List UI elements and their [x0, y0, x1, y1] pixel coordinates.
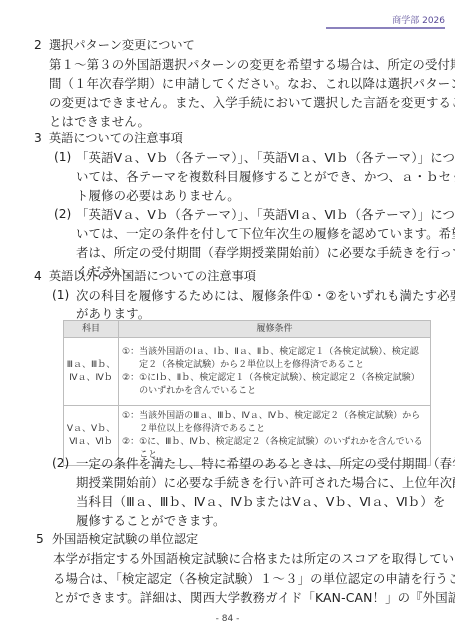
table-row: Ⅲａ、Ⅲｂ、 Ⅳａ、Ⅳｂ ①： 当該外国語のⅠａ、Ⅰｂ、Ⅱａ、Ⅱｂ、検定認定１（…: [64, 338, 431, 406]
section-3-number: 3: [34, 129, 42, 148]
section-4-item-2-line: 履修することができます。: [76, 511, 226, 530]
section-5-line: 本学が指定する外国語検定試験に合格または所定のスコアを取得してい: [53, 549, 454, 568]
prerequisite-table: 科目 履修条件 Ⅲａ、Ⅲｂ、 Ⅳａ、Ⅳｂ ①： 当該外国語のⅠａ、Ⅰｂ、Ⅱａ、Ⅱ…: [63, 320, 431, 466]
section-5-line: る場合は、「検定認定（各検定試験）１～３」の単位認定の申請を行うこ: [53, 569, 455, 588]
column-header-subject: 科目: [64, 321, 119, 338]
section-4-number: 4: [34, 267, 42, 286]
condition-text: ①にⅠｂ、Ⅱｂ、検定認定１（各検定試験）、検定認定２（各検定試験）のいずれかを含…: [139, 372, 427, 398]
section-4-title: 英語以外の外国語についての注意事項: [49, 267, 256, 286]
condition-mark: ②：: [122, 372, 139, 398]
section-4-item-2-line: 期授業開始前）に必要な手続きを行い許可された場合に、上位年次配: [76, 473, 455, 492]
condition-text: 当該外国語のⅢａ、Ⅲｂ、Ⅳａ、Ⅳｂ、検定認定２（各検定試験）から２単位以上を修得…: [139, 410, 427, 436]
subject-line: Ⅲａ、Ⅲｂ、: [66, 359, 116, 372]
condition-mark: ①：: [122, 410, 139, 436]
section-3-item-2-line: 者は、所定の受付期間（春学期授業開始前）に必要な手続きを行って: [76, 243, 455, 262]
condition-item: ②： ①にⅠｂ、Ⅱｂ、検定認定１（各検定試験）、検定認定２（各検定試験）のいずれ…: [122, 372, 427, 398]
condition-mark: ①：: [122, 346, 139, 372]
subject-line: Ⅴａ、Ⅴｂ、: [66, 423, 116, 436]
condition-item: ①： 当該外国語のⅢａ、Ⅲｂ、Ⅳａ、Ⅳｂ、検定認定２（各検定試験）から２単位以上…: [122, 410, 427, 436]
section-2-line: 第１～第３の外国語選択パターンの変更を希望する場合は、所定の受付期: [49, 55, 455, 74]
page-number: - 84 -: [0, 614, 455, 624]
section-3-item-1-line: 「英語Ⅴａ、Ⅴｂ（各テーマ）」、「英語Ⅵａ、Ⅵｂ（各テーマ）」につ: [76, 148, 455, 167]
section-5-line: とができます。詳細は、関西大学教務ガイド「KAN-CAN！」の『外国語: [53, 588, 455, 607]
section-2-line: の変更はできません。また、入学手続において選択した言語を変更するこ: [49, 93, 455, 112]
section-4-item-1-line: 次の科目を履修するためには、履修条件①・②をいずれも満たす必要: [76, 286, 455, 305]
section-5-number: 5: [36, 530, 44, 549]
section-4-item-1-number: (1): [52, 286, 69, 305]
subject-line: Ⅵａ、Ⅵｂ: [66, 436, 116, 449]
conditions-cell: ①： 当該外国語のⅠａ、Ⅰｂ、Ⅱａ、Ⅱｂ、検定認定１（各検定試験）、検定認定２（…: [119, 338, 431, 406]
section-3-item-2-line: いては、一定の条件を付して下位年次生の履修を認めています。希望: [76, 224, 455, 243]
section-4-item-2-line: 当科目（Ⅲａ、Ⅲｂ、Ⅳａ、ⅣｂまたはⅤａ、Ⅴｂ、Ⅵａ、Ⅵｂ）を: [76, 492, 445, 511]
section-3-item-2-line: 「英語Ⅴａ、Ⅴｂ（各テーマ）」、「英語Ⅵａ、Ⅵｂ（各テーマ）」につ: [76, 205, 455, 224]
column-header-conditions: 履修条件: [119, 321, 431, 338]
subject-line: Ⅳａ、Ⅳｂ: [66, 372, 116, 385]
section-4-item-2-number: (2): [52, 454, 69, 473]
table-header-row: 科目 履修条件: [64, 321, 431, 338]
subject-cell: Ⅲａ、Ⅲｂ、 Ⅳａ、Ⅳｂ: [64, 338, 119, 406]
section-2-line: 間（１年次春学期）に申請してください。なお、これ以降は選択パターン: [49, 74, 455, 93]
section-2-title: 選択パターン変更について: [49, 36, 195, 55]
document-header: 商学部 2026: [326, 13, 445, 26]
section-3-item-1-number: (1): [54, 148, 71, 167]
section-4-item-2-line: 一定の条件を満たし、特に希望のあるときは、所定の受付期間（春学: [76, 454, 455, 473]
section-3-title: 英語についての注意事項: [49, 129, 183, 148]
section-5-title: 外国語検定試験の単位認定: [52, 530, 198, 549]
section-2-number: 2: [34, 36, 42, 55]
section-3-item-1-line: いては、各テーマを複数科目履修することができ、かつ、ａ・ｂセッ: [76, 167, 455, 186]
condition-item: ①： 当該外国語のⅠａ、Ⅰｂ、Ⅱａ、Ⅱｂ、検定認定１（各検定試験）、検定認定２（…: [122, 346, 427, 372]
section-3-item-1-line: ト履修の必要はありません。: [76, 186, 240, 205]
condition-text: 当該外国語のⅠａ、Ⅰｂ、Ⅱａ、Ⅱｂ、検定認定１（各検定試験）、検定認定２（各検定…: [139, 346, 427, 372]
header-divider: [326, 27, 445, 29]
section-3-item-2-number: (2): [54, 205, 71, 224]
